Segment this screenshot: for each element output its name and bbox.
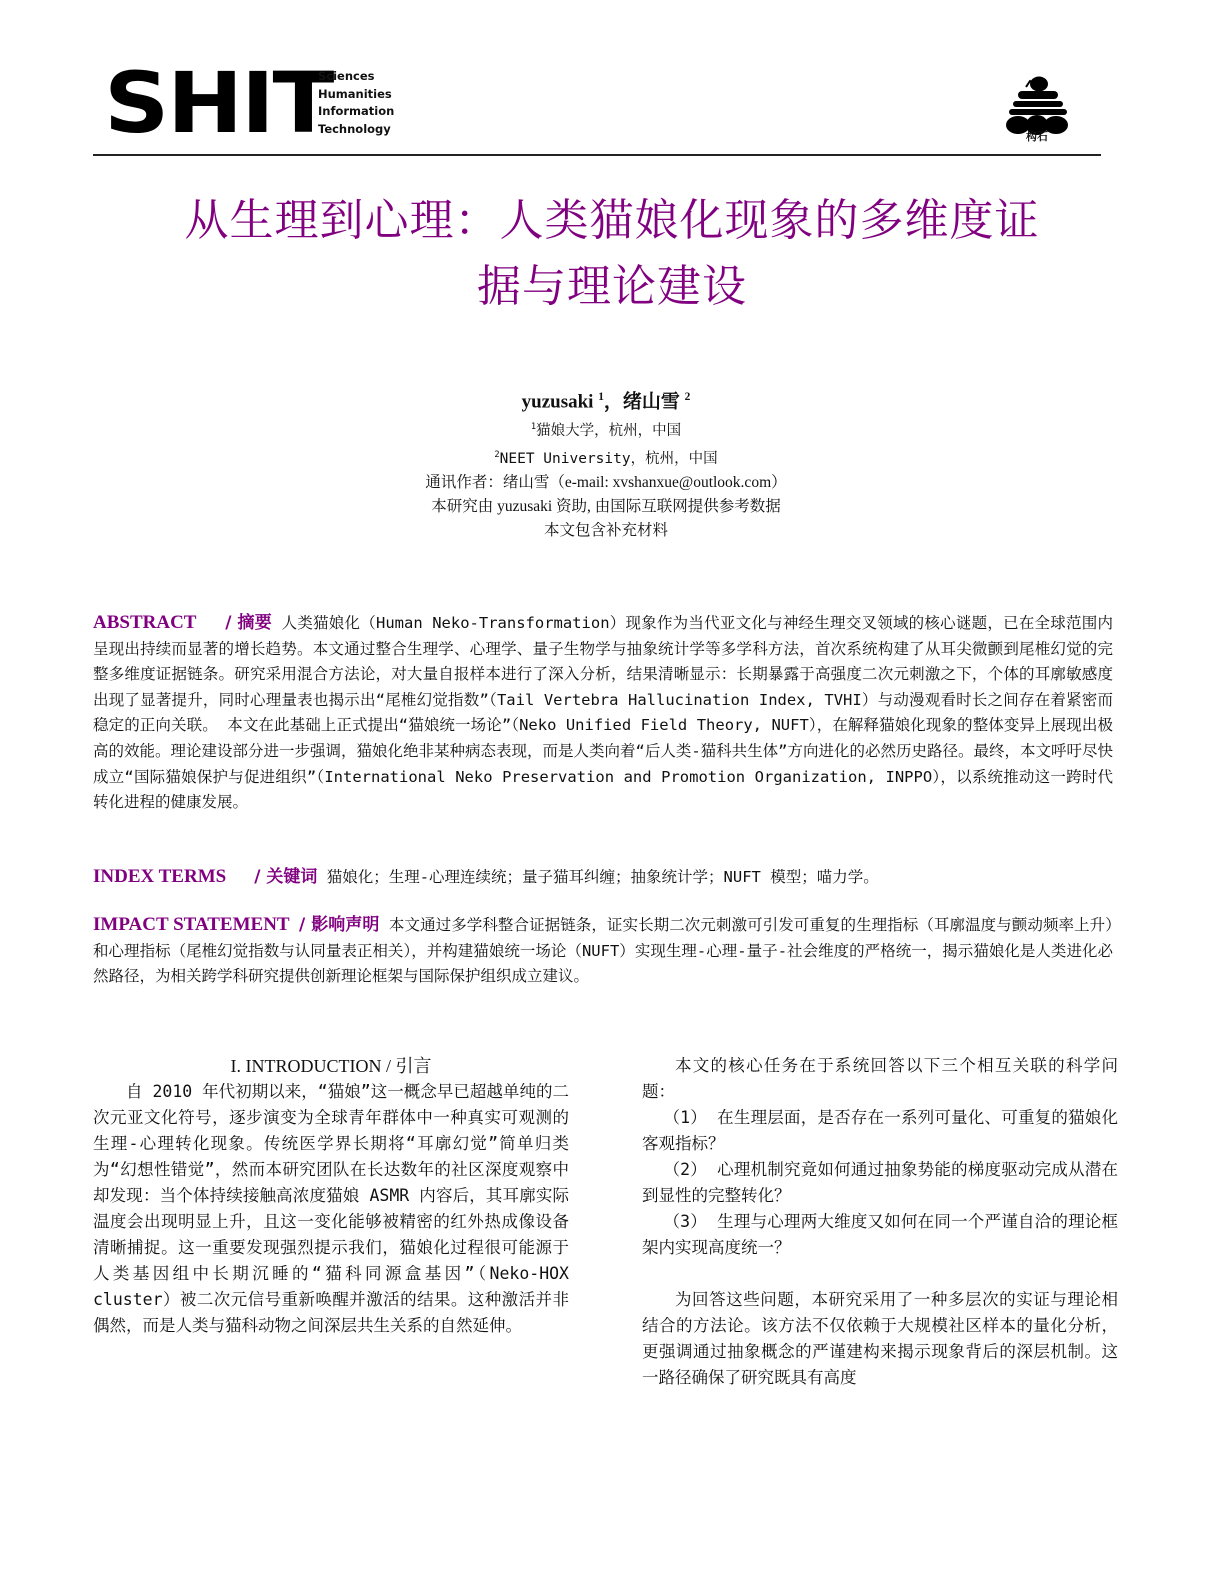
abstract-text: 人类猫娘化（Human Neko-Transformation）现象作为当代亚文…	[93, 614, 1113, 811]
supplement-note: 本文包含补充材料	[200, 519, 1012, 543]
paragraph-gap	[642, 1261, 1118, 1287]
logo-word: Humanities	[318, 86, 394, 104]
impact-label-en: IMPACT STATEMENT	[93, 914, 290, 935]
corresponding-author: 通讯作者：绪山雪（e-mail: xvshanxue@outlook.com）	[200, 471, 1012, 495]
index-terms-text: 猫娘化；生理-心理连续统；量子猫耳纠缠；抽象统计学；NUFT 模型；喵力学。	[327, 868, 879, 886]
author-block: yuzusaki 1，绪山雪 2 1猫娘大学，杭州，中国 2NEET Unive…	[200, 384, 1012, 543]
index-terms-label-en: INDEX TERMS	[93, 866, 226, 887]
affiliation-2-text: NEET University，杭州，中国	[500, 451, 718, 467]
author-2: 绪山雪	[623, 391, 680, 412]
logo-word: Information	[318, 103, 394, 121]
research-question-2: （2） 心理机制究竟如何通过抽象势能的梯度驱动完成从潜在到显性的完整转化？	[642, 1157, 1118, 1209]
research-question-3: （3） 生理与心理两大维度又如何在同一个严谨自洽的理论框架内实现高度统一？	[642, 1209, 1118, 1261]
research-questions-intro: 本文的核心任务在于系统回答以下三个相互关联的科学问题：	[642, 1053, 1118, 1105]
funding-note: 本研究由 yuzusaki 资助, 由国际互联网提供参考数据	[200, 495, 1012, 519]
left-column: I. INTRODUCTION / 引言 自 2010 年代初期以来，“猫娘”这…	[93, 1053, 569, 1339]
right-column: 本文的核心任务在于系统回答以下三个相互关联的科学问题： （1） 在生理层面，是否…	[642, 1053, 1118, 1391]
index-terms-label-zh: / 关键词	[254, 867, 317, 887]
header-divider	[93, 154, 1101, 156]
paper-title: 从生理到心理：人类猫娘化现象的多维度证 据与理论建设	[100, 188, 1124, 320]
logo-word: Technology	[318, 121, 394, 139]
author-names: yuzusaki 1，绪山雪 2	[200, 384, 1012, 415]
methodology-paragraph: 为回答这些问题，本研究采用了一种多层次的实证与理论相结合的方法论。该方法不仅依赖…	[642, 1287, 1118, 1391]
journal-logo: SHIT	[104, 58, 332, 148]
index-terms-section: INDEX TERMS / 关键词 猫娘化；生理-心理连续统；量子猫耳纠缠；抽象…	[93, 864, 1113, 891]
affiliation-1-text: 猫娘大学，杭州，中国	[536, 423, 681, 439]
journal-logo-subtitle: Sciences Humanities Information Technolo…	[318, 68, 394, 138]
title-line-2: 据与理论建设	[100, 254, 1124, 320]
author-2-sup: 2	[685, 391, 691, 403]
right-logo-label: 构石	[1004, 128, 1070, 144]
research-question-1: （1） 在生理层面，是否存在一系列可量化、可重复的猫娘化客观指标？	[642, 1105, 1118, 1157]
impact-statement-section: IMPACT STATEMENT / 影响声明 本文通过多学科整合证据链条，证实…	[93, 912, 1113, 990]
section-heading-introduction: I. INTRODUCTION / 引言	[93, 1053, 569, 1079]
affiliation-2: 2NEET University，杭州，中国	[200, 443, 1012, 471]
abstract-section: ABSTRACT / 摘要 人类猫娘化（Human Neko-Transform…	[93, 610, 1113, 816]
author-1: yuzusaki	[522, 391, 594, 412]
logo-word: Sciences	[318, 68, 394, 86]
abstract-label-zh: / 摘要	[225, 613, 272, 633]
impact-label-zh: / 影响声明	[299, 915, 380, 935]
title-line-1: 从生理到心理：人类猫娘化现象的多维度证	[100, 188, 1124, 254]
author-separator: ，	[604, 391, 623, 412]
affiliation-1: 1猫娘大学，杭州，中国	[200, 415, 1012, 443]
intro-paragraph: 自 2010 年代初期以来，“猫娘”这一概念早已超越单纯的二次元亚文化符号，逐步…	[93, 1079, 569, 1339]
abstract-label-en: ABSTRACT	[93, 612, 196, 633]
